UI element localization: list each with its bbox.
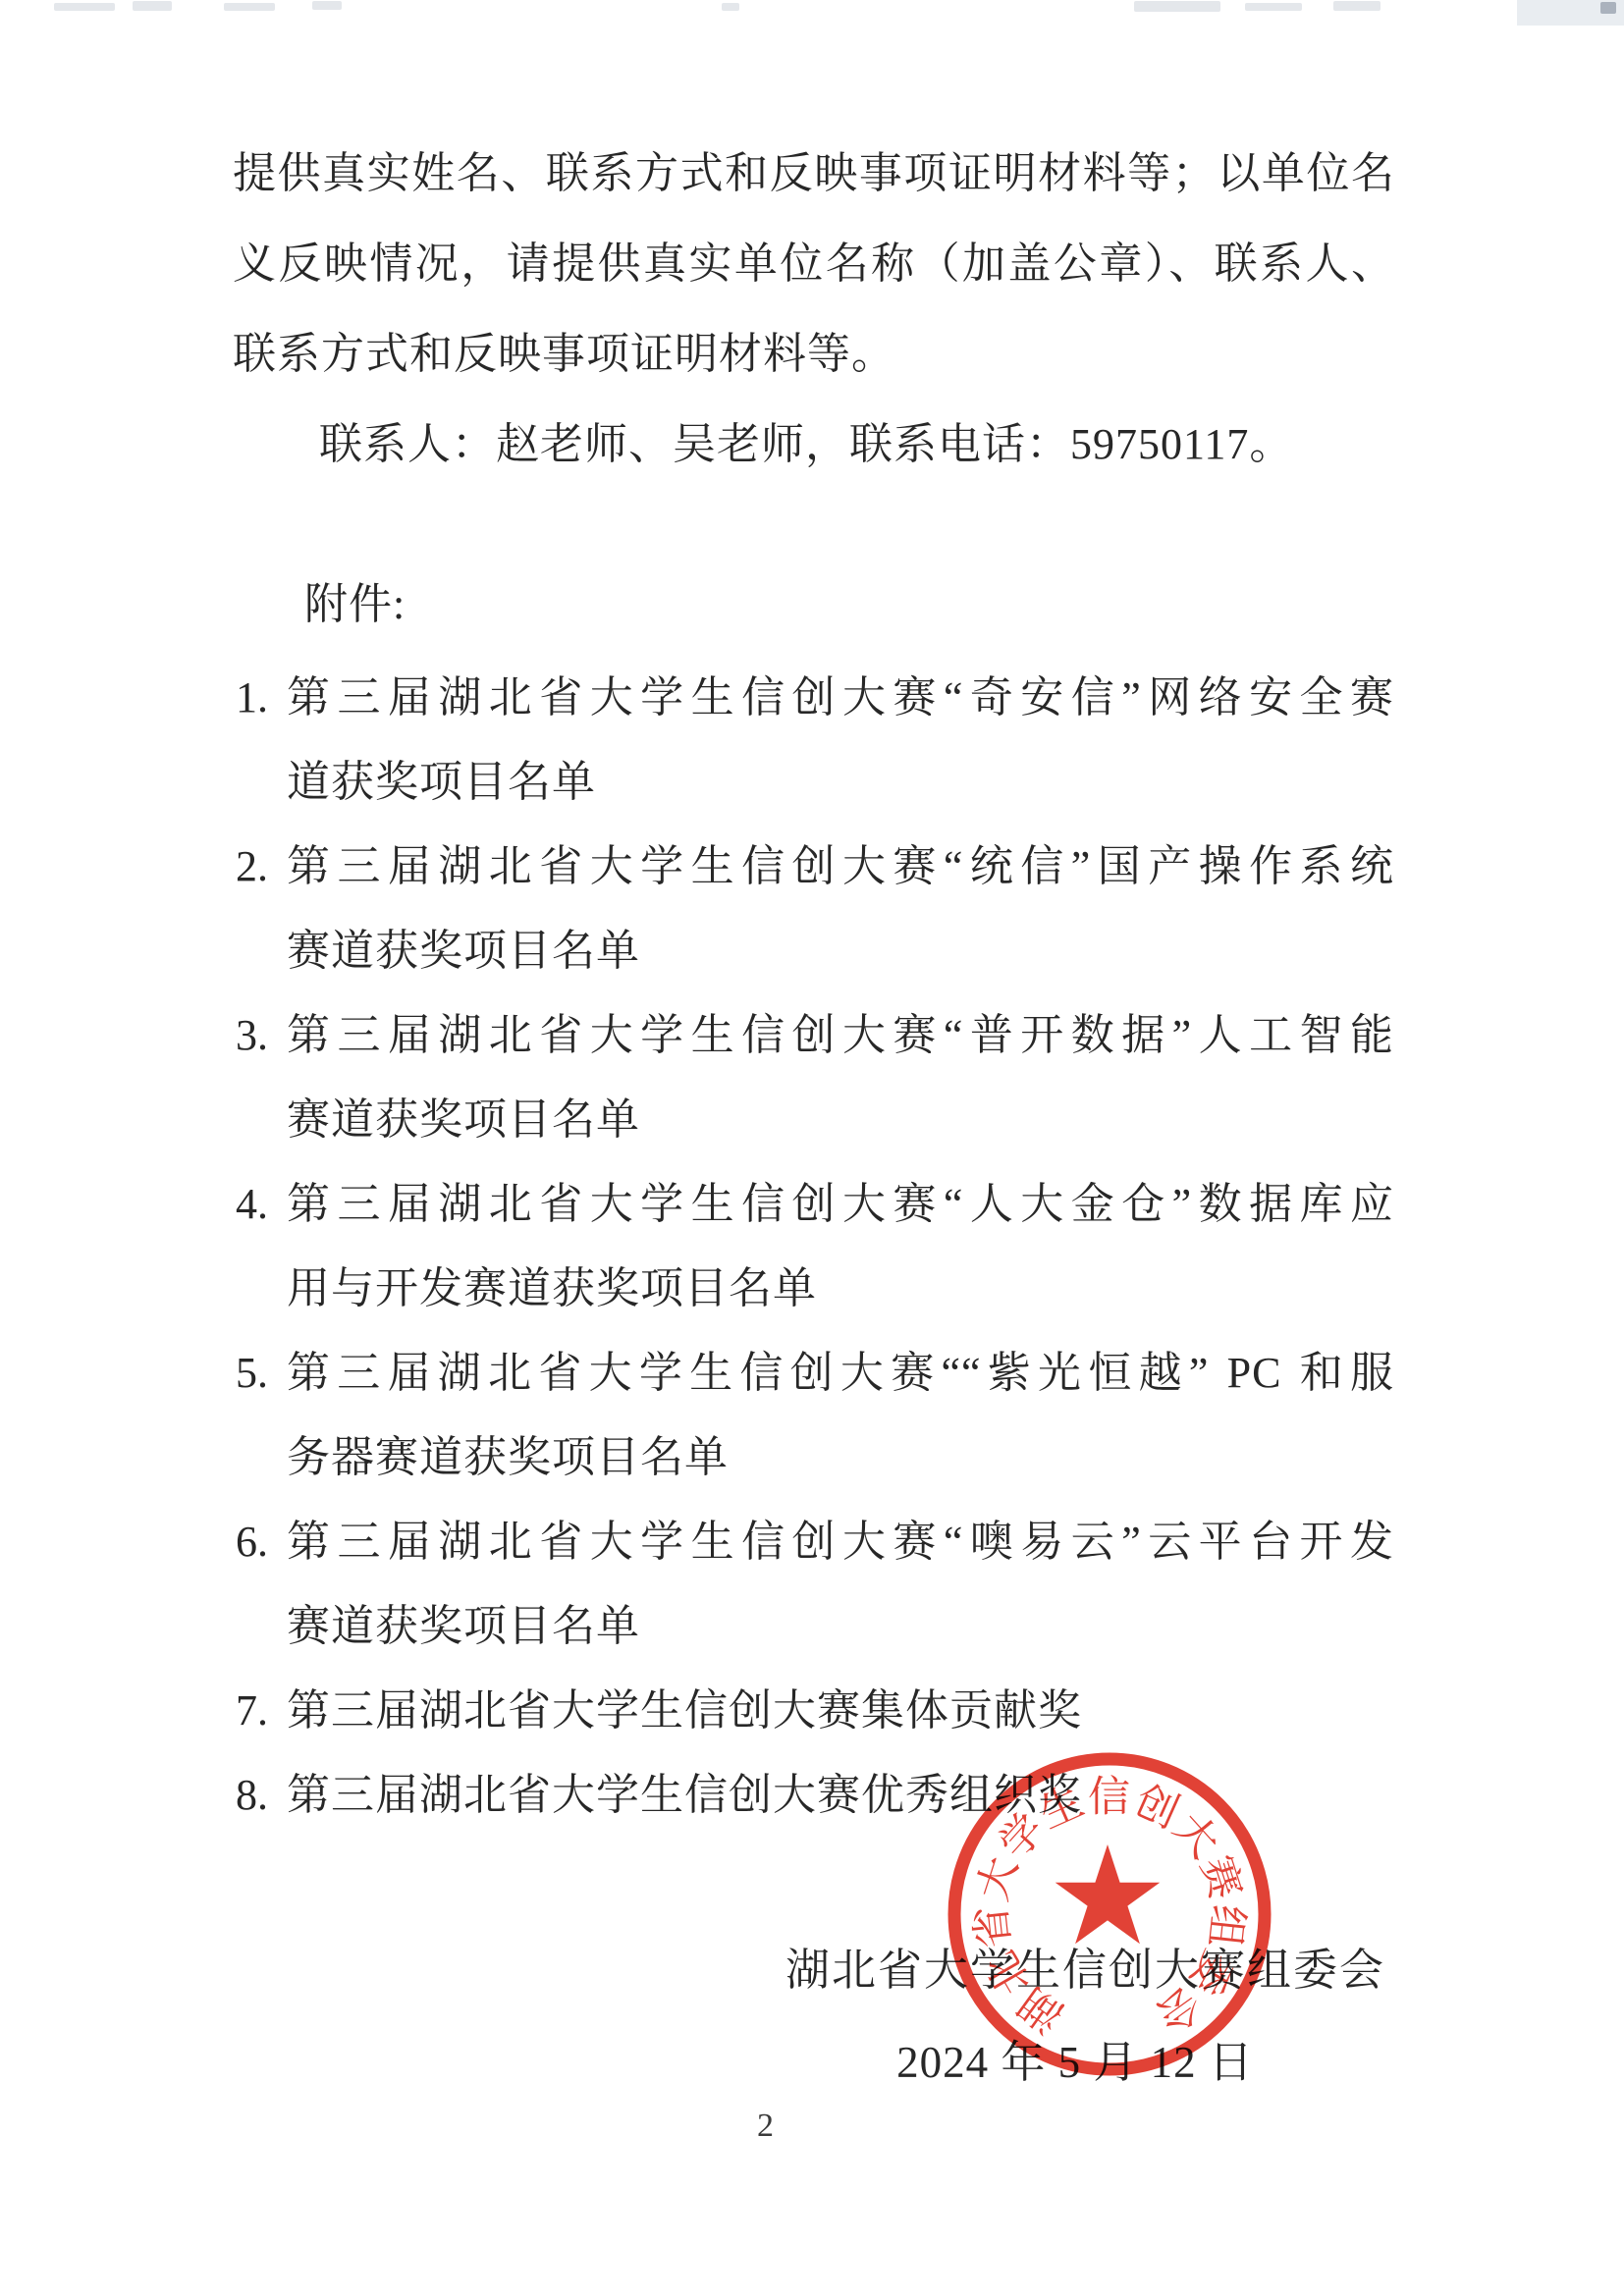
scan-artifact — [54, 3, 115, 11]
official-seal-stamp: 湖北省大学生信创大赛组委会 — [943, 1747, 1276, 2081]
attachment-item-line: 第三届湖北省大学生信创大赛“统信”国产操作系统 — [287, 838, 1394, 895]
attachment-item-line: 道获奖项目名单 — [287, 754, 596, 811]
seal-star-icon — [1056, 1844, 1161, 1944]
attachment-item-line: 赛道获奖项目名单 — [287, 1598, 640, 1655]
attachment-item-line: 第三届湖北省大学生信创大赛“人大金仓”数据库应 — [287, 1176, 1394, 1233]
item-number: 7. — [236, 1682, 285, 1739]
attachment-item-line: 用与开发赛道获奖项目名单 — [287, 1260, 817, 1317]
item-number: 5. — [236, 1345, 285, 1402]
attachment-item-line: 赛道获奖项目名单 — [287, 923, 640, 980]
attachment-item-line: 第三届湖北省大学生信创大赛““紫光恒越” PC 和服 — [287, 1345, 1394, 1402]
attachment-item-line: 第三届湖北省大学生信创大赛集体贡献奖 — [287, 1682, 1394, 1739]
item-number: 1. — [236, 669, 285, 726]
body-line: 提供真实姓名、联系方式和反映事项证明材料等；以单位名 — [233, 145, 1395, 202]
body-line: 联系方式和反映事项证明材料等。 — [233, 326, 1395, 383]
attachment-item-line: 第三届湖北省大学生信创大赛“奇安信”网络安全赛 — [287, 669, 1394, 726]
attachment-heading: 附件: — [304, 576, 406, 633]
contact-line: 联系人：赵老师、吴老师，联系电话：59750117。 — [233, 416, 1395, 473]
attachment-item-line: 第三届湖北省大学生信创大赛“普开数据”人工智能 — [287, 1007, 1394, 1064]
attachment-item-line: 第三届湖北省大学生信创大赛“噢易云”云平台开发 — [287, 1514, 1394, 1571]
scanned-notice-page: 提供真实姓名、联系方式和反映事项证明材料等；以单位名 义反映情况，请提供真实单位… — [0, 0, 1624, 2296]
scan-artifact — [1333, 1, 1380, 11]
body-line: 义反映情况，请提供真实单位名称（加盖公章）、联系人、 — [233, 236, 1395, 293]
scan-artifact — [1134, 1, 1220, 12]
scan-artifact — [224, 3, 275, 11]
item-number: 4. — [236, 1176, 285, 1233]
attachment-item-line: 务器赛道获奖项目名单 — [287, 1429, 729, 1486]
scan-artifact — [1600, 2, 1616, 14]
item-number: 2. — [236, 838, 285, 895]
scan-artifact — [722, 3, 739, 11]
document-page: { "body": { "para1_lines": [ "提供真实姓名、联系方… — [0, 0, 1624, 2296]
scan-artifact — [1245, 3, 1302, 11]
scan-artifact — [312, 1, 342, 10]
item-number: 6. — [236, 1514, 285, 1571]
attachment-item-line: 赛道获奖项目名单 — [287, 1092, 640, 1148]
item-number: 3. — [236, 1007, 285, 1064]
page-number: 2 — [727, 2107, 805, 2146]
scan-artifact — [133, 1, 172, 11]
item-number: 8. — [236, 1767, 285, 1824]
